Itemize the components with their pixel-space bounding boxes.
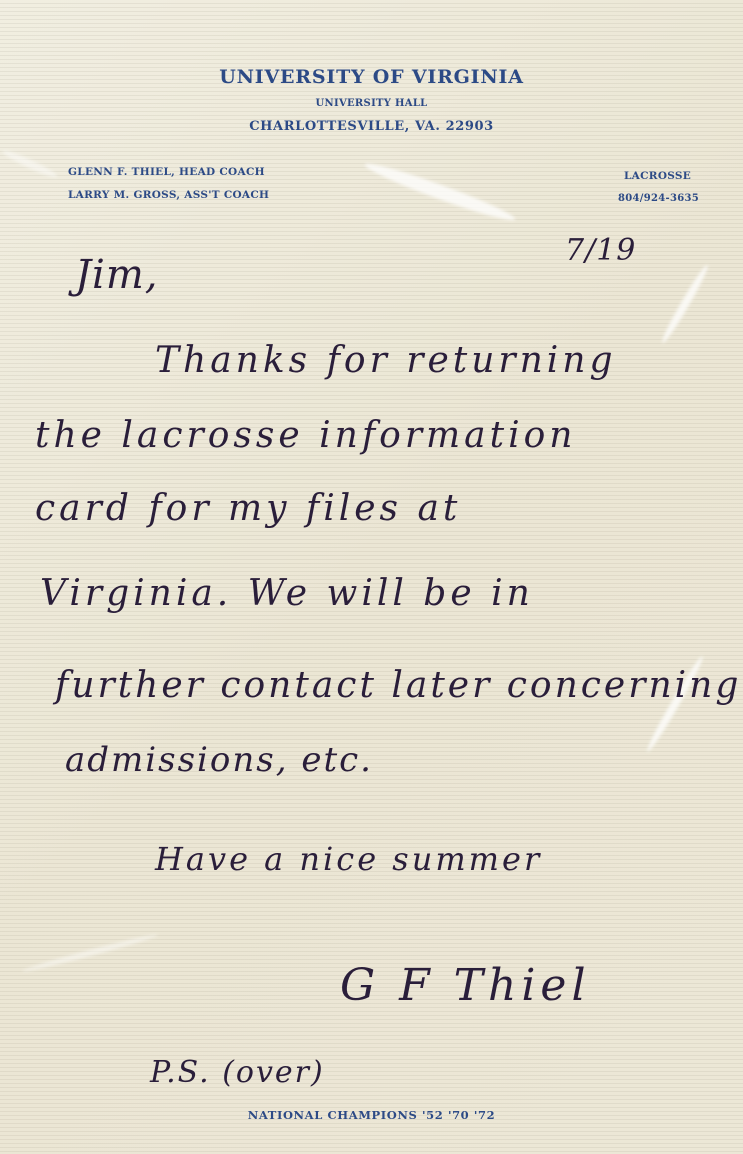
letter-body-line: admissions, etc. [65,740,373,780]
letter-body-line: the lacrosse information [35,415,576,456]
letter-body-line: card for my files at [35,488,461,529]
letterhead-assistant-coach: LARRY M. GROSS, ASS'T COACH [68,189,269,201]
letter-signature: G F Thiel [340,960,591,1011]
letter-postscript: P.S. (over) [150,1055,325,1090]
letter-closing: Have a nice summer [155,840,542,878]
letterhead-building: UNIVERSITY HALL [0,98,743,109]
letter-body-line: further contact later concerning [55,665,741,706]
letter-date: 7/19 [565,233,636,268]
letter-body-line: Thanks for returning [155,340,617,381]
letter-body-line: Virginia. We will be in [40,573,534,614]
letterhead-head-coach: GLENN F. THIEL, HEAD COACH [68,166,265,178]
letter-salutation: Jim, [75,252,158,298]
letterhead-address: CHARLOTTESVILLE, VA. 22903 [0,119,743,134]
footer-champions: NATIONAL CHAMPIONS '52 '70 '72 [0,1108,743,1122]
letterhead-phone: 804/924-3635 [618,193,699,204]
letterhead-department: LACROSSE [624,170,691,182]
letterhead-institution: UNIVERSITY OF VIRGINIA [0,66,743,88]
